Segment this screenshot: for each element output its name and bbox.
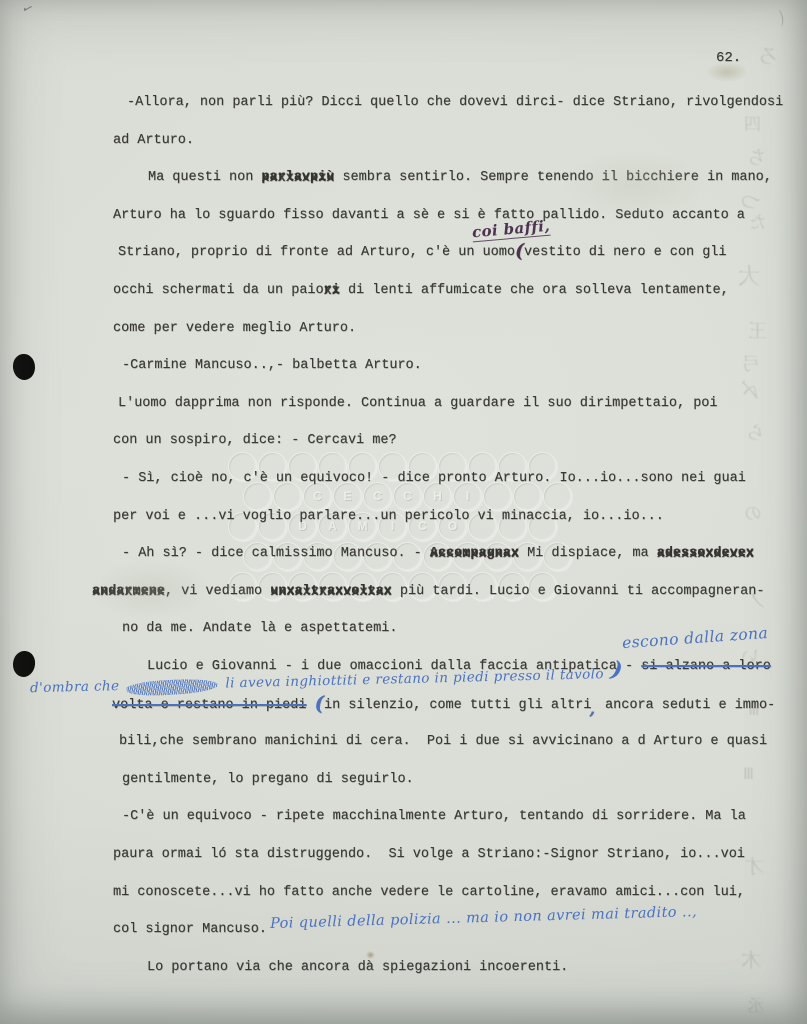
typed-line: bili,che sembrano manichini di cera. Poi… xyxy=(119,733,767,751)
typed-text: - Ah sì? - dice calmissimo Mancuso. - xyxy=(122,546,430,561)
typed-line: paura ormai ló sta distruggendo. Si volg… xyxy=(113,846,745,864)
typed-line: -Allora, non parli più? Dicci quello che… xyxy=(127,94,783,112)
show-through-glyph: た xyxy=(749,208,766,233)
show-through-glyph: 四 xyxy=(744,110,761,135)
handwritten-blue-paren: ( xyxy=(315,691,324,715)
typed-overstrike: Accompagnax xyxy=(430,546,519,561)
typed-text: più tardi. Lucio e Giovanni ti accompagn… xyxy=(392,584,765,599)
show-through-glyph: 才 xyxy=(745,852,764,879)
typed-text: bili,che sembrano manichini di cera. Poi… xyxy=(119,734,767,749)
typed-line: col signor Mancuso. xyxy=(113,921,267,939)
show-through-glyph: Ⅲ xyxy=(743,764,754,783)
page-number: 62. xyxy=(716,50,741,66)
typed-blue-struck: volta e restano in piedi xyxy=(112,698,306,713)
handwritten-note-coi-baffi: coi baffi, xyxy=(471,218,550,243)
ink-blot xyxy=(12,650,37,678)
show-through-glyph: 王 xyxy=(748,316,767,343)
handwritten-note-polizia: Poi quelli della polizia ... ma io non a… xyxy=(270,904,697,932)
show-through-glyph: ち xyxy=(747,143,766,170)
typed-line: volta e restano in piedi (in silenzio, c… xyxy=(112,696,775,714)
typed-line: - Ah sì? - dice calmissimo Mancuso. - Ac… xyxy=(122,545,754,563)
typed-overstrike: andarmene xyxy=(92,584,165,599)
show-through-glyph: の xyxy=(744,500,762,526)
corner-curl-mark: ⌒ xyxy=(761,8,790,30)
typed-line: Lo portano via che ancora dà spiegazioni… xyxy=(147,959,568,977)
typed-line: gentilmente, lo pregano di seguirlo. xyxy=(122,771,414,789)
typed-text: ad Arturo. xyxy=(113,133,194,148)
handwritten-blue-comma: , xyxy=(589,699,595,718)
typed-overstrike: unxaltraxvoltax xyxy=(270,584,392,599)
typed-line: Arturo ha lo sguardo fisso davanti a sè … xyxy=(113,207,745,225)
typed-line: no da me. Andate là e aspettatemi. xyxy=(122,620,397,638)
typed-text: col signor Mancuso. xyxy=(113,922,267,937)
typed-text: -C'è un equivoco - ripete macchinalmente… xyxy=(122,809,746,824)
handwritten-text: d'ombra che xyxy=(30,678,120,696)
typed-text: gentilmente, lo pregano di seguirlo. xyxy=(122,772,414,787)
manuscript-page: 62. CECCHIDAMICO -Allora, non parli più?… xyxy=(0,0,807,1024)
typed-overstrike: adessoxdevex xyxy=(657,546,754,561)
typed-line: ad Arturo. xyxy=(113,132,194,150)
typed-line: con un sospiro, dice: - Cercavi me? xyxy=(113,432,397,450)
typed-text: Ma questi non xyxy=(148,170,261,185)
show-through-glyph: ろ xyxy=(758,40,778,69)
typed-text: sembra sentirlo. Sempre tenendo il bicch… xyxy=(334,170,771,185)
typed-text: Lo portano via che ancora dà spiegazioni… xyxy=(147,960,568,975)
typed-text: mi conoscete...vi ho fatto anche vedere … xyxy=(113,885,745,900)
typed-line: -Carmine Mancuso..,- balbetta Arturo. xyxy=(122,357,422,375)
typed-text: Arturo ha lo sguardo fisso davanti a sè … xyxy=(113,208,745,223)
typed-line: Striano, proprio di fronte ad Arturo, c'… xyxy=(118,244,727,262)
typed-text: no da me. Andate là e aspettatemi. xyxy=(122,621,397,636)
typed-text: Striano, proprio di fronte ad Arturo, c'… xyxy=(118,245,515,260)
show-through-glyph: ら xyxy=(746,418,765,445)
typed-overstrike: ri xyxy=(324,283,340,298)
typed-line: Ma questi non parlavpiù sembra sentirlo.… xyxy=(148,169,772,187)
handwritten-note-escono-dalla-zona: escono dalla zona xyxy=(622,625,769,651)
typed-line: per voi e ...vi voglio parlare...un peri… xyxy=(113,508,664,526)
typed-line: andarmene, vi vediamo unxaltraxvoltax pi… xyxy=(92,583,764,601)
show-through-glyph: 弓 xyxy=(742,350,760,376)
typed-line: L'uomo dapprima non risponde. Continua a… xyxy=(118,395,718,413)
typed-text: ancora seduti e immo- xyxy=(597,698,775,713)
typed-text: paura ormai ló sta distruggendo. Si volg… xyxy=(113,847,745,862)
show-through-glyph: 大 xyxy=(738,260,760,291)
typed-text: di lenti affumicate che ora solleva lent… xyxy=(340,283,729,298)
ink-blot xyxy=(11,353,36,382)
typed-line: mi conoscete...vi ho fatto anche vedere … xyxy=(113,884,745,902)
typed-line: - Sì, cioè no, c'è un equivoco! - dice p… xyxy=(122,470,746,488)
typed-line: occhi schermati da un paiori di lenti af… xyxy=(113,282,729,300)
typed-line: -C'è un equivoco - ripete macchinalmente… xyxy=(122,808,746,826)
typed-text: come per vedere meglio Arturo. xyxy=(113,321,356,336)
typed-text: Mi dispiace, ma xyxy=(519,546,657,561)
typed-text: occhi schermati da un paio xyxy=(113,283,324,298)
typed-text: con un sospiro, dice: - Cercavi me? xyxy=(113,433,397,448)
typed-text: -Allora, non parli più? Dicci quello che… xyxy=(127,95,783,110)
typed-text: L'uomo dapprima non risponde. Continua a… xyxy=(118,396,718,411)
show-through-glyph: 木 xyxy=(741,944,761,973)
typed-text xyxy=(306,698,314,713)
typed-text: , vi vediamo xyxy=(165,584,270,599)
typed-line: come per vedere meglio Arturo. xyxy=(113,320,356,338)
typed-text: in silenzio, come tutti gli altri xyxy=(324,698,591,713)
scribbled-out-word xyxy=(126,677,219,697)
show-through-glyph: 〆 xyxy=(740,374,760,403)
typed-text: per voi e ...vi voglio parlare...un peri… xyxy=(113,509,664,524)
handwritten-close-paren: ) xyxy=(610,661,624,679)
corner-pen-mark: ✓ xyxy=(19,0,35,18)
typed-overstrike: parlavpiù xyxy=(261,170,334,185)
show-through-glyph: 丞 xyxy=(747,992,765,1018)
typed-text: vestito di nero e con gli xyxy=(524,245,727,260)
typed-blue-struck: si alzano a loro xyxy=(641,659,771,674)
typed-text: -Carmine Mancuso..,- balbetta Arturo. xyxy=(122,358,422,373)
typed-text: - Sì, cioè no, c'è un equivoco! - dice p… xyxy=(122,471,746,486)
paper-stain xyxy=(366,951,375,959)
handwritten-insert-paren: ( xyxy=(515,240,524,262)
